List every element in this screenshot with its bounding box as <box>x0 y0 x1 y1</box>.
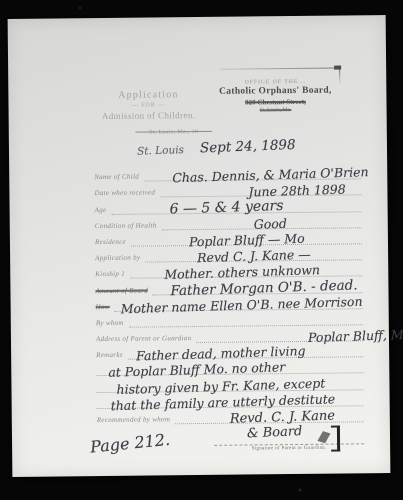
printed-border-top-rule <box>220 68 336 70</box>
form-border-corner-bracket <box>331 426 340 452</box>
signature-caption: Signature of Parent or Guardian. <box>214 445 364 452</box>
board-value: & Board <box>247 424 303 441</box>
field-label: Residence <box>95 238 126 247</box>
field-label: By whom <box>96 319 124 328</box>
scanned-form-page: Application — FOR — Admission of Childre… <box>8 15 391 477</box>
form-title-line1: Application <box>90 89 206 101</box>
handwritten-date: Sept 24, 1898 <box>200 137 296 156</box>
letterhead-struck-city: St. Louis, Mo. <box>207 106 345 113</box>
signature-line: Signature of Parent or Guardian. <box>214 443 364 452</box>
field-label-struck: How <box>96 303 110 312</box>
form-title-line3: Admission of Children. <box>91 110 207 121</box>
form-fields: Name of Child Chas. Dennis, & Maria O'Br… <box>94 163 364 453</box>
field-label: Age <box>95 206 107 215</box>
handwritten-dateline: St. LouisSept 24, 1898 <box>137 134 296 159</box>
field-label: Kinship 1 <box>95 270 125 279</box>
scanner-background: Application — FOR — Admission of Childre… <box>0 0 403 500</box>
form-title: Application — FOR — Admission of Childre… <box>90 89 206 121</box>
handwritten-place: St. Louis <box>137 144 184 158</box>
letterhead: OFFICE OF THE... Catholic Orphans' Board… <box>206 78 344 113</box>
field-line: Revd. C. J. Kane <box>175 405 364 424</box>
letterhead-struck-address: 920 Chestnut Street, <box>206 97 344 106</box>
letterhead-org-name: Catholic Orphans' Board, <box>206 85 344 96</box>
form-title-line2: — FOR — <box>90 102 206 109</box>
field-label: Name of Child <box>94 173 139 182</box>
